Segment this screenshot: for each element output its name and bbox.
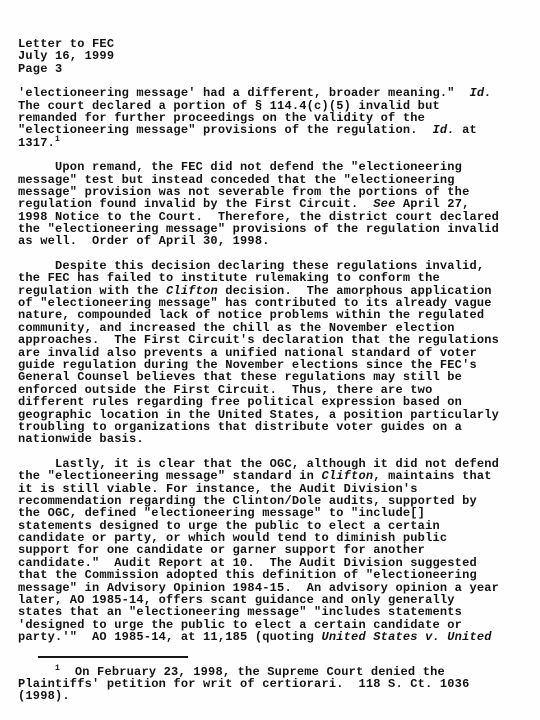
paragraph: 'electioneering message' had a different… — [18, 87, 526, 149]
paragraph: Lastly, it is clear that the OGC, althou… — [18, 458, 526, 644]
italic-citation: United States v. United — [321, 630, 491, 644]
letter-header: Letter to FECJuly 16, 1999Page 3 — [18, 38, 526, 75]
header-line: Page 3 — [18, 63, 526, 75]
footnote: 1 On February 23, 1998, the Supreme Cour… — [18, 666, 526, 703]
text-line: "electioneering message" provisions of t… — [18, 124, 526, 136]
text-line: party.'" AO 1985-14, at 11,185 (quoting … — [18, 631, 526, 643]
paragraph: Despite this decision declaring these re… — [18, 260, 526, 446]
italic-citation: Id. — [469, 86, 491, 100]
text-line: as well. Order of April 30, 1998. — [18, 235, 526, 247]
footnote-separator — [38, 656, 188, 658]
text-segment: Page 3 — [18, 62, 62, 76]
text-segment: "electioneering message" provisions of t… — [18, 123, 432, 137]
text-segment: nationwide basis. — [18, 432, 144, 446]
document-page: Letter to FECJuly 16, 1999Page 3 'electi… — [0, 0, 540, 720]
letter-body: 'electioneering message' had a different… — [18, 87, 526, 643]
footnote-marker: 1 — [55, 135, 60, 144]
italic-citation: Id. — [432, 123, 454, 137]
text-segment: 1317. — [18, 136, 55, 150]
paragraph: Upon remand, the FEC did not defend the … — [18, 161, 526, 248]
text-segment: at — [455, 123, 477, 137]
footnote-line: Plaintiffs' petition for writ of certior… — [18, 678, 526, 690]
footnote-line: (1998). — [18, 690, 526, 702]
text-segment: as well. Order of April 30, 1998. — [18, 234, 270, 248]
header-line: July 16, 1999 — [18, 50, 526, 62]
text-line: 1317.1 — [18, 137, 526, 149]
text-segment: (1998). — [18, 689, 70, 703]
text-segment: Plaintiffs' petition for writ of certior… — [18, 677, 469, 691]
text-line: nationwide basis. — [18, 433, 526, 445]
text-segment: party.'" AO 1985-14, at 11,185 (quoting — [18, 630, 321, 644]
